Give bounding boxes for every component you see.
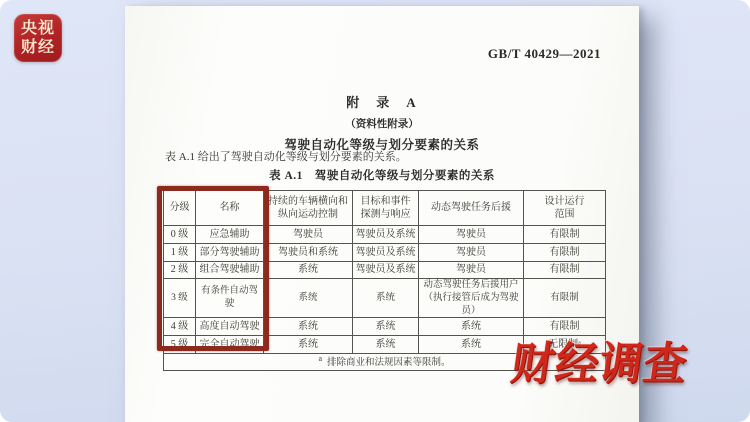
cell-fallback: 驾驶员 <box>419 262 524 279</box>
cell-detection: 驾驶员及系统 <box>353 244 419 262</box>
program-watermark: 财经调查 <box>507 328 692 392</box>
cell-motion-control: 系统 <box>264 336 353 354</box>
cell-fallback: 动态驾驶任务后援用户 （执行接管后成为驾驶员） <box>419 279 524 318</box>
cctv-finance-logo: 央视 财经 <box>14 14 62 62</box>
cell-motion-control: 系统 <box>264 318 353 336</box>
cell-level: 1 级 <box>164 244 196 262</box>
cell-name: 完全自动驾驶 <box>196 336 264 354</box>
cell-name: 有条件自动驾驶 <box>196 279 264 318</box>
cell-detection: 驾驶员及系统 <box>353 226 419 244</box>
cell-fallback: 驾驶员 <box>419 226 524 244</box>
cell-name: 部分驾驶辅助 <box>196 244 264 262</box>
cell-level: 3 级 <box>164 279 196 318</box>
cell-motion-control: 系统 <box>264 279 353 318</box>
cell-motion-control: 系统 <box>264 262 353 279</box>
table-row-level2: 2 级 组合驾驶辅助 系统 驾驶员及系统 驾驶员 有限制 <box>164 262 606 279</box>
table-caption: 表 A.1 驾驶自动化等级与划分要素的关系 <box>125 167 639 183</box>
cell-detection: 系统 <box>353 318 419 336</box>
cell-motion-control: 驾驶员和系统 <box>264 244 353 262</box>
broadcast-frame: GB/T 40429—2021 附 录 A （资料性附录） 驾驶自动化等级与划分… <box>0 0 750 422</box>
header-level: 分级 <box>164 191 196 226</box>
cell-range: 有限制 <box>524 262 606 279</box>
cell-level: 2 级 <box>164 262 196 279</box>
table-row-level3: 3 级 有条件自动驾驶 系统 系统 动态驾驶任务后援用户 （执行接管后成为驾驶员… <box>164 279 606 318</box>
cell-detection: 系统 <box>353 279 419 318</box>
standard-code: GB/T 40429—2021 <box>125 46 601 62</box>
table-row-level1: 1 级 部分驾驶辅助 驾驶员和系统 驾驶员及系统 驾驶员 有限制 <box>164 244 606 262</box>
cell-range: 有限制 <box>524 244 606 262</box>
cell-level: 5 级 <box>164 336 196 354</box>
logo-line1: 央视 <box>21 19 55 38</box>
cell-range: 有限制 <box>524 279 606 318</box>
cell-name: 组合驾驶辅助 <box>196 262 264 279</box>
table-row-level0: 0 级 应急辅助 驾驶员 驾驶员及系统 驾驶员 有限制 <box>164 226 606 244</box>
cell-fallback: 驾驶员 <box>419 244 524 262</box>
cell-fallback: 系统 <box>419 336 524 354</box>
header-detection-response: 目标和事件 探测与响应 <box>353 191 419 226</box>
cell-detection: 系统 <box>353 336 419 354</box>
header-motion-control: 持续的车辆横向和 纵向运动控制 <box>264 191 353 226</box>
cell-fallback: 系统 <box>419 318 524 336</box>
appendix-type: （资料性附录） <box>125 116 639 131</box>
cell-name: 应急辅助 <box>196 226 264 244</box>
cell-name: 高度自动驾驶 <box>196 318 264 336</box>
cell-detection: 驾驶员及系统 <box>353 262 419 279</box>
table-header-row: 分级 名称 持续的车辆横向和 纵向运动控制 目标和事件 探测与响应 动态驾驶任务… <box>164 191 606 226</box>
header-name: 名称 <box>196 191 264 226</box>
logo-line2: 财经 <box>21 38 55 57</box>
cell-motion-control: 驾驶员 <box>264 226 353 244</box>
header-design-range: 设计运行 范围 <box>524 191 606 226</box>
footnote-marker: a <box>318 354 322 363</box>
cell-range: 有限制 <box>524 226 606 244</box>
cell-level: 0 级 <box>164 226 196 244</box>
appendix-heading-block: 附 录 A （资料性附录） 驾驶自动化等级与划分要素的关系 <box>125 92 639 153</box>
header-fallback: 动态驾驶任务后援 <box>419 191 524 226</box>
cell-level: 4 级 <box>164 318 196 336</box>
appendix-label: 附 录 A <box>125 92 639 111</box>
footnote-text: 排除商业和法规因素等限制。 <box>327 359 451 369</box>
intro-paragraph: 表 A.1 给出了驾驶自动化等级与划分要素的关系。 <box>165 148 407 164</box>
